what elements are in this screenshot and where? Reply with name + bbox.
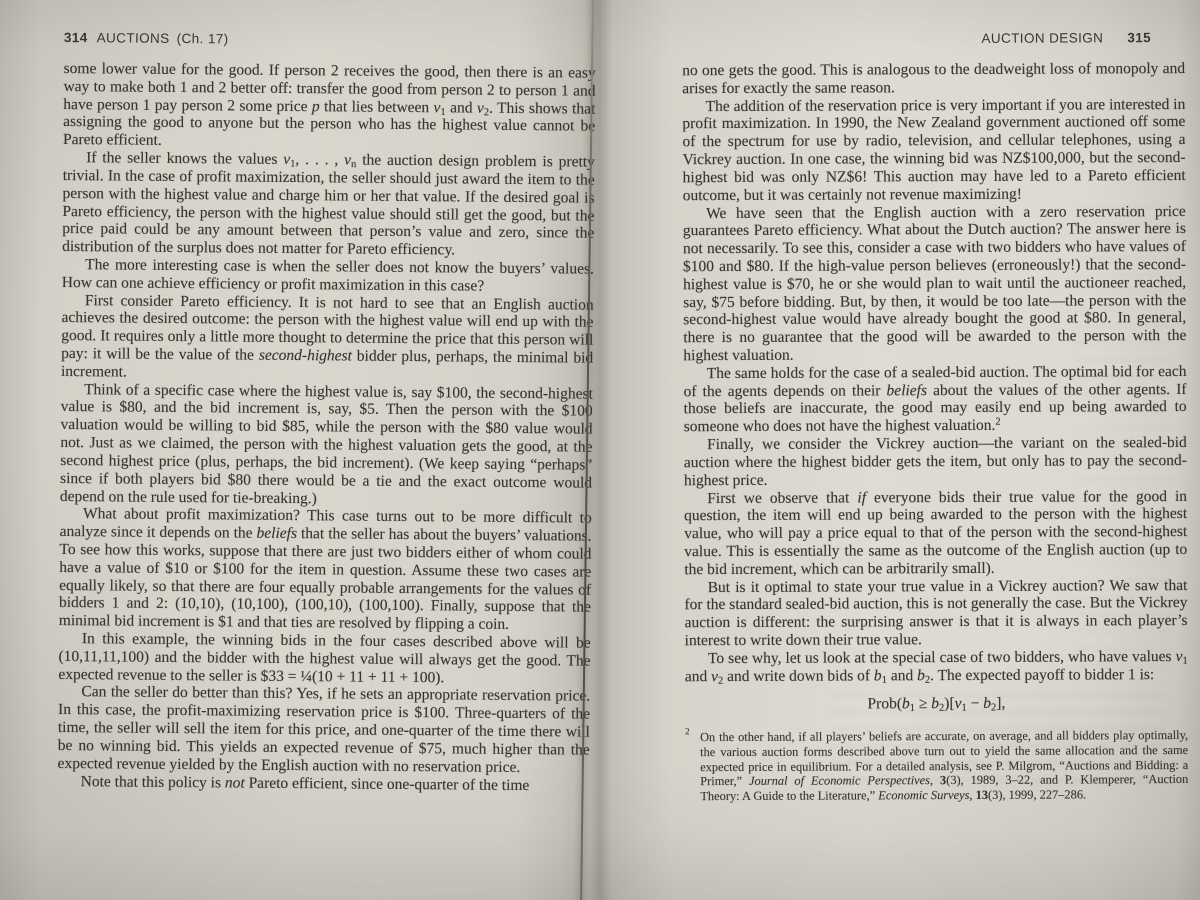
paragraph: If the seller knows the values v1, . . .… bbox=[62, 149, 595, 261]
chapter-label: (Ch. 17) bbox=[177, 31, 229, 46]
paragraph: The same holds for the case of a sealed-… bbox=[683, 363, 1186, 436]
running-title-right: AUCTION DESIGN bbox=[981, 30, 1103, 46]
paragraph: no one gets the good. This is analogous … bbox=[682, 60, 1185, 98]
footnote-text: On the other hand, if all players’ belie… bbox=[700, 728, 1188, 803]
page-number-right: 315 bbox=[1127, 30, 1151, 45]
paragraph: To see why, let us look at the special c… bbox=[685, 648, 1188, 686]
paragraph: some lower value for the good. If person… bbox=[63, 60, 596, 154]
page-body-right: no one gets the good. This is analogous … bbox=[682, 60, 1188, 686]
paragraph: Can the seller do better than this? Yes,… bbox=[58, 683, 591, 777]
page-314-content: 314AUCTIONS(Ch. 17) some lower value for… bbox=[57, 30, 596, 795]
page-body-left: some lower value for the good. If person… bbox=[57, 60, 595, 795]
book-photo: 314AUCTIONS(Ch. 17) some lower value for… bbox=[0, 0, 1200, 900]
paragraph: First we observe that if everyone bids t… bbox=[684, 487, 1187, 578]
running-head-right: AUCTION DESIGN315 bbox=[682, 30, 1185, 47]
paragraph: The more interesting case is when the se… bbox=[62, 256, 594, 296]
running-head-left: 314AUCTIONS(Ch. 17) bbox=[64, 30, 596, 50]
paragraph: In this example, the winning bids in the… bbox=[58, 630, 590, 688]
paragraph: The addition of the reservation price is… bbox=[682, 96, 1185, 205]
paragraph: What about profit maximization? This cas… bbox=[59, 505, 592, 634]
running-title-left: AUCTIONS bbox=[97, 30, 170, 46]
paragraph: But is it optimal to state your true val… bbox=[684, 577, 1187, 650]
expected-payoff-formula: Prob(b1 ≥ b2)[v1 − b2], bbox=[685, 694, 1188, 714]
footnote: 2On the other hand, if all players’ beli… bbox=[685, 728, 1188, 803]
page-315: AUCTION DESIGN315 no one gets the good. … bbox=[600, 0, 1200, 900]
paragraph: Finally, we consider the Vickrey auction… bbox=[684, 434, 1187, 490]
paragraph: First consider Pareto efficiency. It is … bbox=[61, 292, 594, 386]
paragraph: Think of a specific case where the highe… bbox=[60, 381, 593, 510]
paragraph: We have seen that the English auction wi… bbox=[683, 202, 1187, 365]
page-314: 314AUCTIONS(Ch. 17) some lower value for… bbox=[0, 0, 600, 900]
page-number-left: 314 bbox=[64, 30, 88, 45]
page-315-content: AUCTION DESIGN315 no one gets the good. … bbox=[682, 30, 1188, 804]
